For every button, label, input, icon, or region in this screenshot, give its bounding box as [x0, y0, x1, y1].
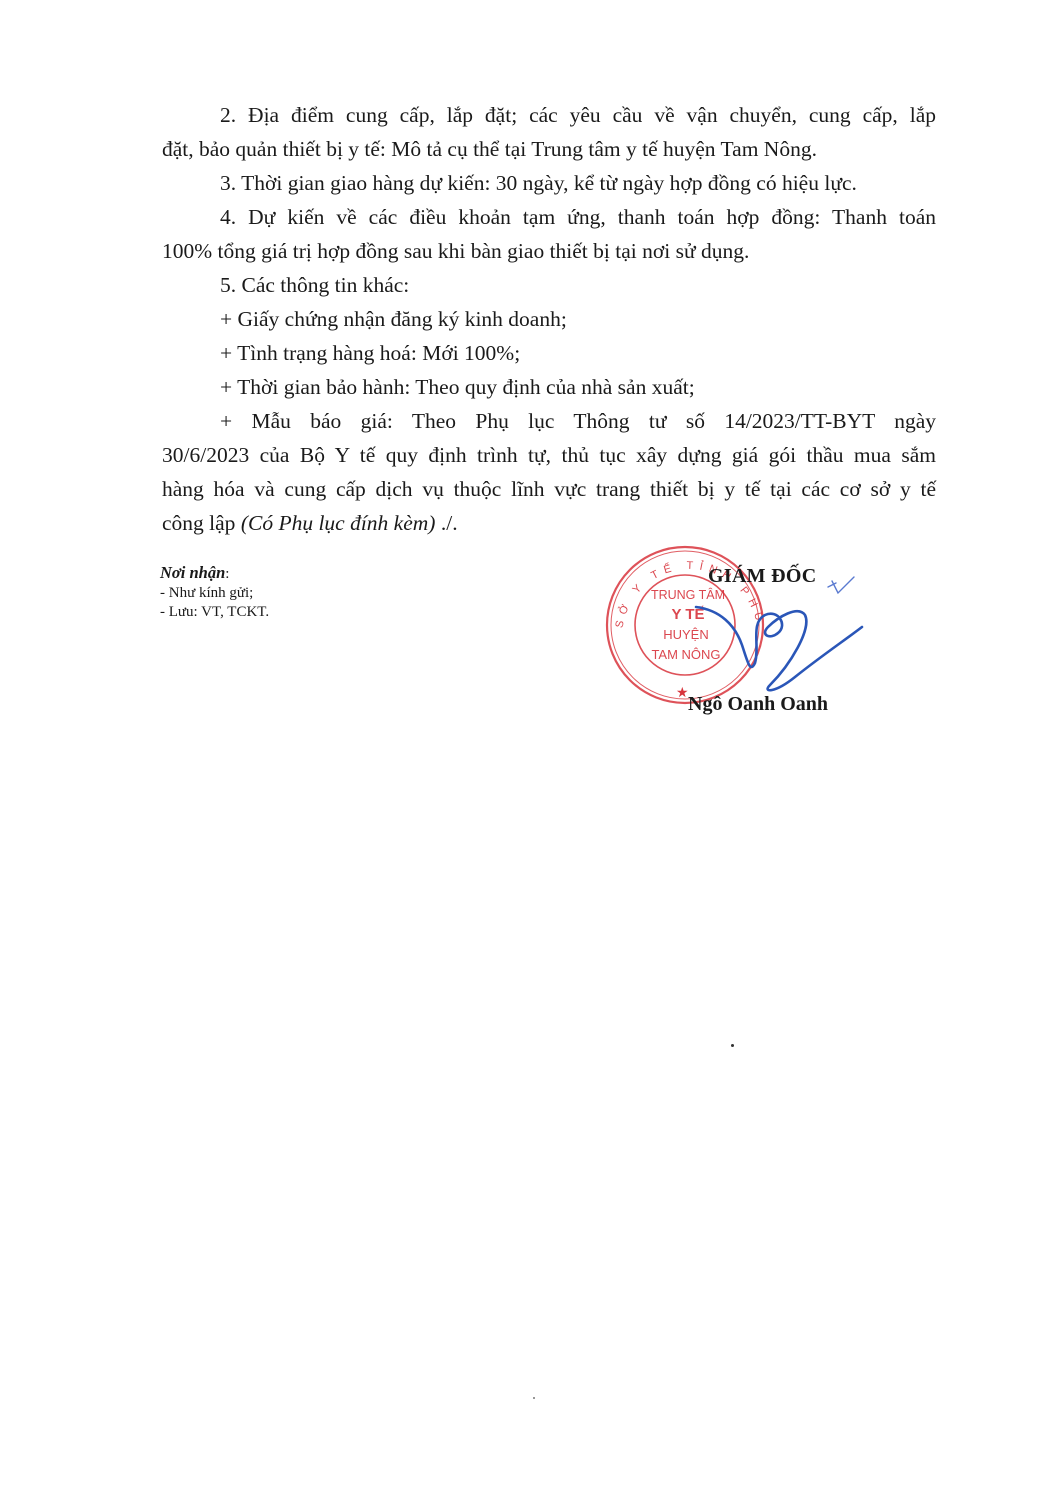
- paragraph-2-line-1: 2. Địa điểm cung cấp, lắp đặt; các yêu c…: [162, 98, 936, 132]
- last-line-prefix: công lập: [162, 511, 241, 535]
- bullet-quote-template-line-2: 30/6/2023 của Bộ Y tế quy định trình tự,…: [162, 438, 936, 472]
- paragraph-5-heading: 5. Các thông tin khác:: [162, 268, 936, 302]
- scan-speck: [731, 1044, 734, 1047]
- paragraph-2-line-2: đặt, bảo quản thiết bị y tế: Mô tả cụ th…: [162, 132, 936, 166]
- paragraph-4-line-1: 4. Dự kiến về các điều khoản tạm ứng, th…: [162, 200, 936, 234]
- recipient-item: - Như kính gửi;: [160, 584, 269, 603]
- scan-speck: [533, 1397, 535, 1399]
- signature-block: SỞ Y TẾ TỈNH PHÚ THỌ TRUNG TÂM Y TẾ HUYỆ…: [600, 545, 890, 735]
- signer-name: Ngô Oanh Oanh: [688, 693, 828, 716]
- recipients-label-colon: :: [225, 566, 229, 582]
- recipients-label: Nơi nhận: [160, 563, 225, 582]
- bullet-quote-template-line-1: + Mẫu báo giá: Theo Phụ lục Thông tư số …: [162, 404, 936, 438]
- recipients-block: Nơi nhận: - Như kính gửi; - Lưu: VT, TCK…: [160, 563, 269, 622]
- paragraph-4-line-2: 100% tổng giá trị hợp đồng sau khi bàn g…: [162, 234, 936, 268]
- bullet-quote-template-line-4: công lập (Có Phụ lục đính kèm) ./.: [162, 506, 936, 540]
- attachment-note: (Có Phụ lục đính kèm): [241, 511, 436, 535]
- bullet-business-certificate: + Giấy chứng nhận đăng ký kinh doanh;: [162, 302, 936, 336]
- bullet-goods-condition: + Tình trạng hàng hoá: Mới 100%;: [162, 336, 936, 370]
- document-body: 2. Địa điểm cung cấp, lắp đặt; các yêu c…: [162, 98, 936, 540]
- bullet-warranty: + Thời gian bảo hành: Theo quy định của …: [162, 370, 936, 404]
- paragraph-3: 3. Thời gian giao hàng dự kiến: 30 ngày,…: [162, 166, 936, 200]
- bullet-quote-template-line-3: hàng hóa và cung cấp dịch vụ thuộc lĩnh …: [162, 472, 936, 506]
- last-line-suffix: ./.: [435, 511, 457, 535]
- recipient-item: - Lưu: VT, TCKT.: [160, 603, 269, 622]
- handwritten-signature-icon: [600, 545, 890, 715]
